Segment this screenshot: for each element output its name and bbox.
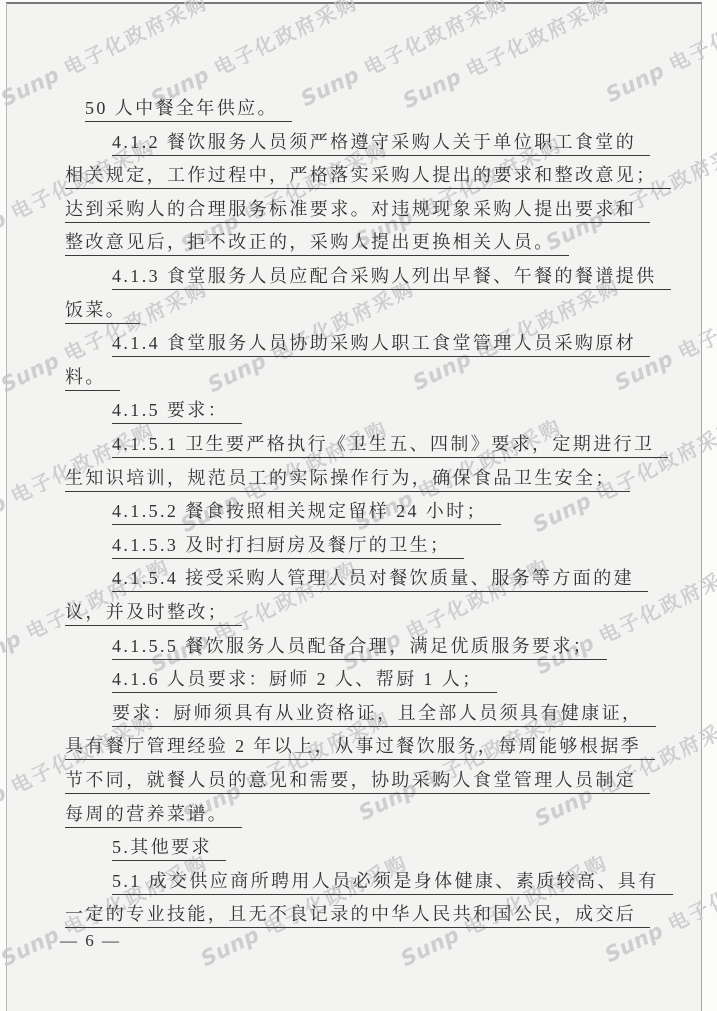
underlined-text: 每周的营养菜谱。 <box>65 804 242 828</box>
underlined-text: 4.1.5.2 餐食按照相关规定留样 24 小时； <box>112 501 501 525</box>
document-line: 要求：厨师须具有从业资格证，且全部人员须具有健康证， <box>112 701 656 725</box>
document-line: 4.1.3 食堂服务人员应配合采购人列出早餐、午餐的餐谱提供 <box>112 264 671 288</box>
underlined-text: 5.1 成交供应商所聘用人员必须是身体健康、素质较高、具有 <box>112 871 673 895</box>
document-line: 5.1 成交供应商所聘用人员必须是身体健康、素质较高、具有 <box>112 869 673 893</box>
document-line: 4.1.2 餐饮服务人员须严格遵守采购人关于单位职工食堂的 <box>112 130 650 154</box>
underlined-text: 4.1.4 食堂服务人员协助采购人职工食堂管理人员采购原材 <box>112 333 650 357</box>
document-line: 4.1.5.4 接受采购人管理人员对餐饮质量、服务等方面的建 <box>112 566 648 590</box>
document-line: 料。 <box>65 365 120 389</box>
document-line: 一定的专业技能，且无不良记录的中华人民共和国公民，成交后 <box>65 902 650 926</box>
document-line: 4.1.6 人员要求：厨师 2 人、帮厨 1 人； <box>112 667 497 691</box>
underlined-text: 4.1.3 食堂服务人员应配合采购人列出早餐、午餐的餐谱提供 <box>112 266 671 290</box>
document-line: 5.其他要求 <box>112 835 226 859</box>
underlined-text: 4.1.6 人员要求：厨师 2 人、帮厨 1 人； <box>112 669 497 693</box>
document-line: 每周的营养菜谱。 <box>65 802 242 826</box>
underlined-text: 5.其他要求 <box>112 837 226 861</box>
document-line: 议，并及时整改； <box>65 600 242 624</box>
underlined-text: 生知识培训，规范员工的实际操作行为，确保食品卫生安全； <box>65 468 630 492</box>
underlined-text: 料。 <box>65 367 120 391</box>
underlined-text: 要求：厨师须具有从业资格证，且全部人员须具有健康证， <box>112 703 656 727</box>
document-line: 4.1.5.2 餐食按照相关规定留样 24 小时； <box>112 499 501 523</box>
underlined-text: 4.1.5.5 餐饮服务人员配备合理，满足优质服务要求； <box>112 636 607 660</box>
underlined-text: 4.1.5 要求： <box>112 400 242 424</box>
document-line: 整改意见后，拒不改正的，采购人提出更换相关人员。 <box>65 230 569 254</box>
underlined-text: 饭菜。 <box>65 300 140 324</box>
underlined-text: 4.1.2 餐饮服务人员须严格遵守采购人关于单位职工食堂的 <box>112 132 650 156</box>
document-line: 相关规定，工作过程中，严格落实采购人提出的要求和整改意见； <box>65 163 671 187</box>
scanned-document-page: Sunp电子化政府采购Sunp电子化政府采购Sunp电子化政府采购Sunp电子化… <box>0 0 717 1011</box>
document-line: 具有餐厅管理经验 2 年以上，从事过餐饮服务，每周能够根据季 <box>65 734 655 758</box>
document-line: 50 人中餐全年供应。 <box>85 96 292 120</box>
document-line: 4.1.5.5 餐饮服务人员配备合理，满足优质服务要求； <box>112 634 607 658</box>
underlined-text: 4.1.5.3 及时打扫厨房及餐厅的卫生； <box>112 535 464 559</box>
underlined-text: 议，并及时整改； <box>65 602 242 626</box>
document-line: 饭菜。 <box>65 298 140 322</box>
document-line: 4.1.5.1 卫生要严格执行《卫生五、四制》要求，定期进行卫 <box>112 432 668 456</box>
underlined-text: 具有餐厅管理经验 2 年以上，从事过餐饮服务，每周能够根据季 <box>65 736 655 760</box>
page-number: — 6 — <box>60 931 121 951</box>
document-text-layer: 50 人中餐全年供应。4.1.2 餐饮服务人员须严格遵守采购人关于单位职工食堂的… <box>0 0 717 1011</box>
underlined-text: 节不同，就餐人员的意见和需要，协助采购人食堂管理人员制定 <box>65 770 650 794</box>
document-line: 达到采购人的合理服务标准要求。对违规现象采购人提出要求和 <box>65 197 650 221</box>
document-line: 4.1.4 食堂服务人员协助采购人职工食堂管理人员采购原材 <box>112 331 650 355</box>
underlined-text: 4.1.5.1 卫生要严格执行《卫生五、四制》要求，定期进行卫 <box>112 434 668 458</box>
underlined-text: 整改意见后，拒不改正的，采购人提出更换相关人员。 <box>65 232 569 256</box>
document-line: 生知识培训，规范员工的实际操作行为，确保食品卫生安全； <box>65 466 630 490</box>
underlined-text: 一定的专业技能，且无不良记录的中华人民共和国公民，成交后 <box>65 904 650 928</box>
underlined-text: 达到采购人的合理服务标准要求。对违规现象采购人提出要求和 <box>65 199 650 223</box>
document-line: 节不同，就餐人员的意见和需要，协助采购人食堂管理人员制定 <box>65 768 650 792</box>
underlined-text: 50 人中餐全年供应。 <box>85 98 292 122</box>
underlined-text: 相关规定，工作过程中，严格落实采购人提出的要求和整改意见； <box>65 165 671 189</box>
document-line: 4.1.5 要求： <box>112 398 242 422</box>
document-line: 4.1.5.3 及时打扫厨房及餐厅的卫生； <box>112 533 464 557</box>
underlined-text: 4.1.5.4 接受采购人管理人员对餐饮质量、服务等方面的建 <box>112 568 648 592</box>
